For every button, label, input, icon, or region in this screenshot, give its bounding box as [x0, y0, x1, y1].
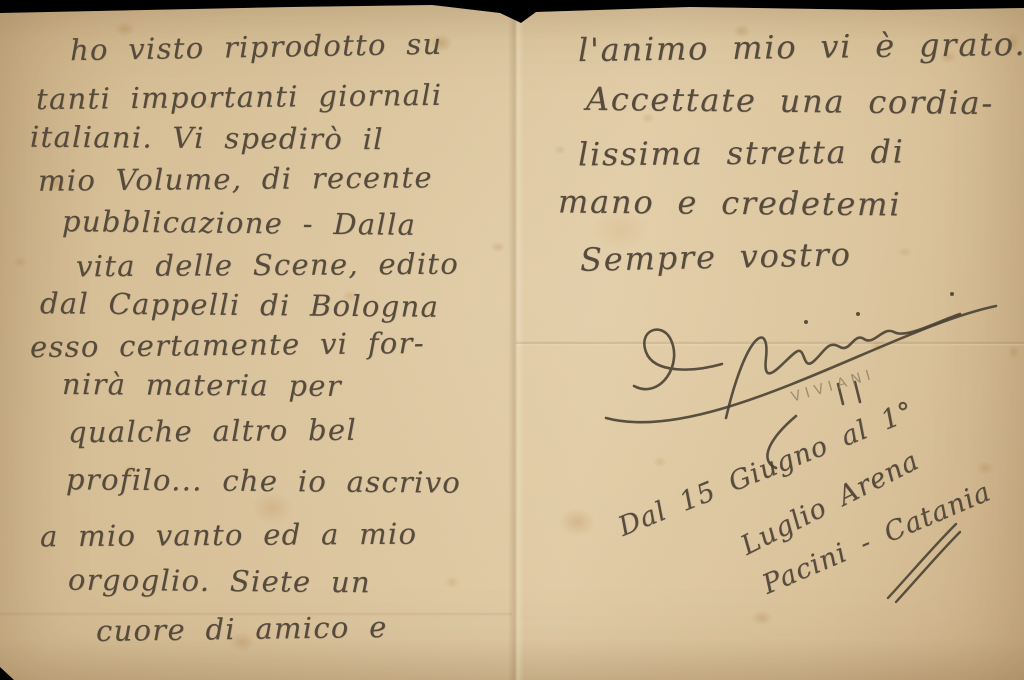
handwritten-line: tanti importanti giornali — [36, 78, 443, 116]
right-page: l'animo mio vi è grato. Accettate una co… — [540, 16, 1024, 680]
handwritten-line: a mio vanto ed a mio — [40, 517, 418, 554]
handwritten-line: cuore di amico e — [96, 610, 388, 648]
handwritten-line: vita delle Scene, edito — [76, 247, 459, 284]
letter-photo: ho visto riprodotto su tanti importanti … — [0, 0, 1024, 680]
handwritten-line: nirà materia per — [62, 367, 342, 403]
handwritten-line: dal Cappelli di Bologna — [40, 286, 439, 323]
handwritten-line: pubblicazione - Dalla — [62, 204, 417, 242]
handwritten-line: l'animo mio vi è grato. — [578, 25, 1024, 69]
handwritten-line: ho visto riprodotto su — [70, 27, 443, 67]
handwritten-line: esso certamente vi for- — [30, 326, 425, 364]
letter-paper: ho visto riprodotto su tanti importanti … — [0, 0, 1024, 680]
flourish-marks — [876, 516, 966, 608]
handwritten-line: orgoglio. Siete un — [68, 563, 371, 600]
handwritten-line: mano e credetemi — [558, 183, 902, 224]
handwritten-line: profilo... che io ascrivo — [66, 462, 461, 499]
handwritten-line: italiani. Vi spedirò il — [30, 120, 384, 156]
handwritten-line: mio Volume, di recente — [38, 160, 433, 197]
handwritten-line: qualche altro bel — [68, 413, 357, 450]
handwritten-line: Accettate una cordia- — [586, 80, 994, 122]
handwritten-line: lissima stretta di — [578, 133, 905, 174]
left-page: ho visto riprodotto su tanti importanti … — [28, 16, 514, 680]
